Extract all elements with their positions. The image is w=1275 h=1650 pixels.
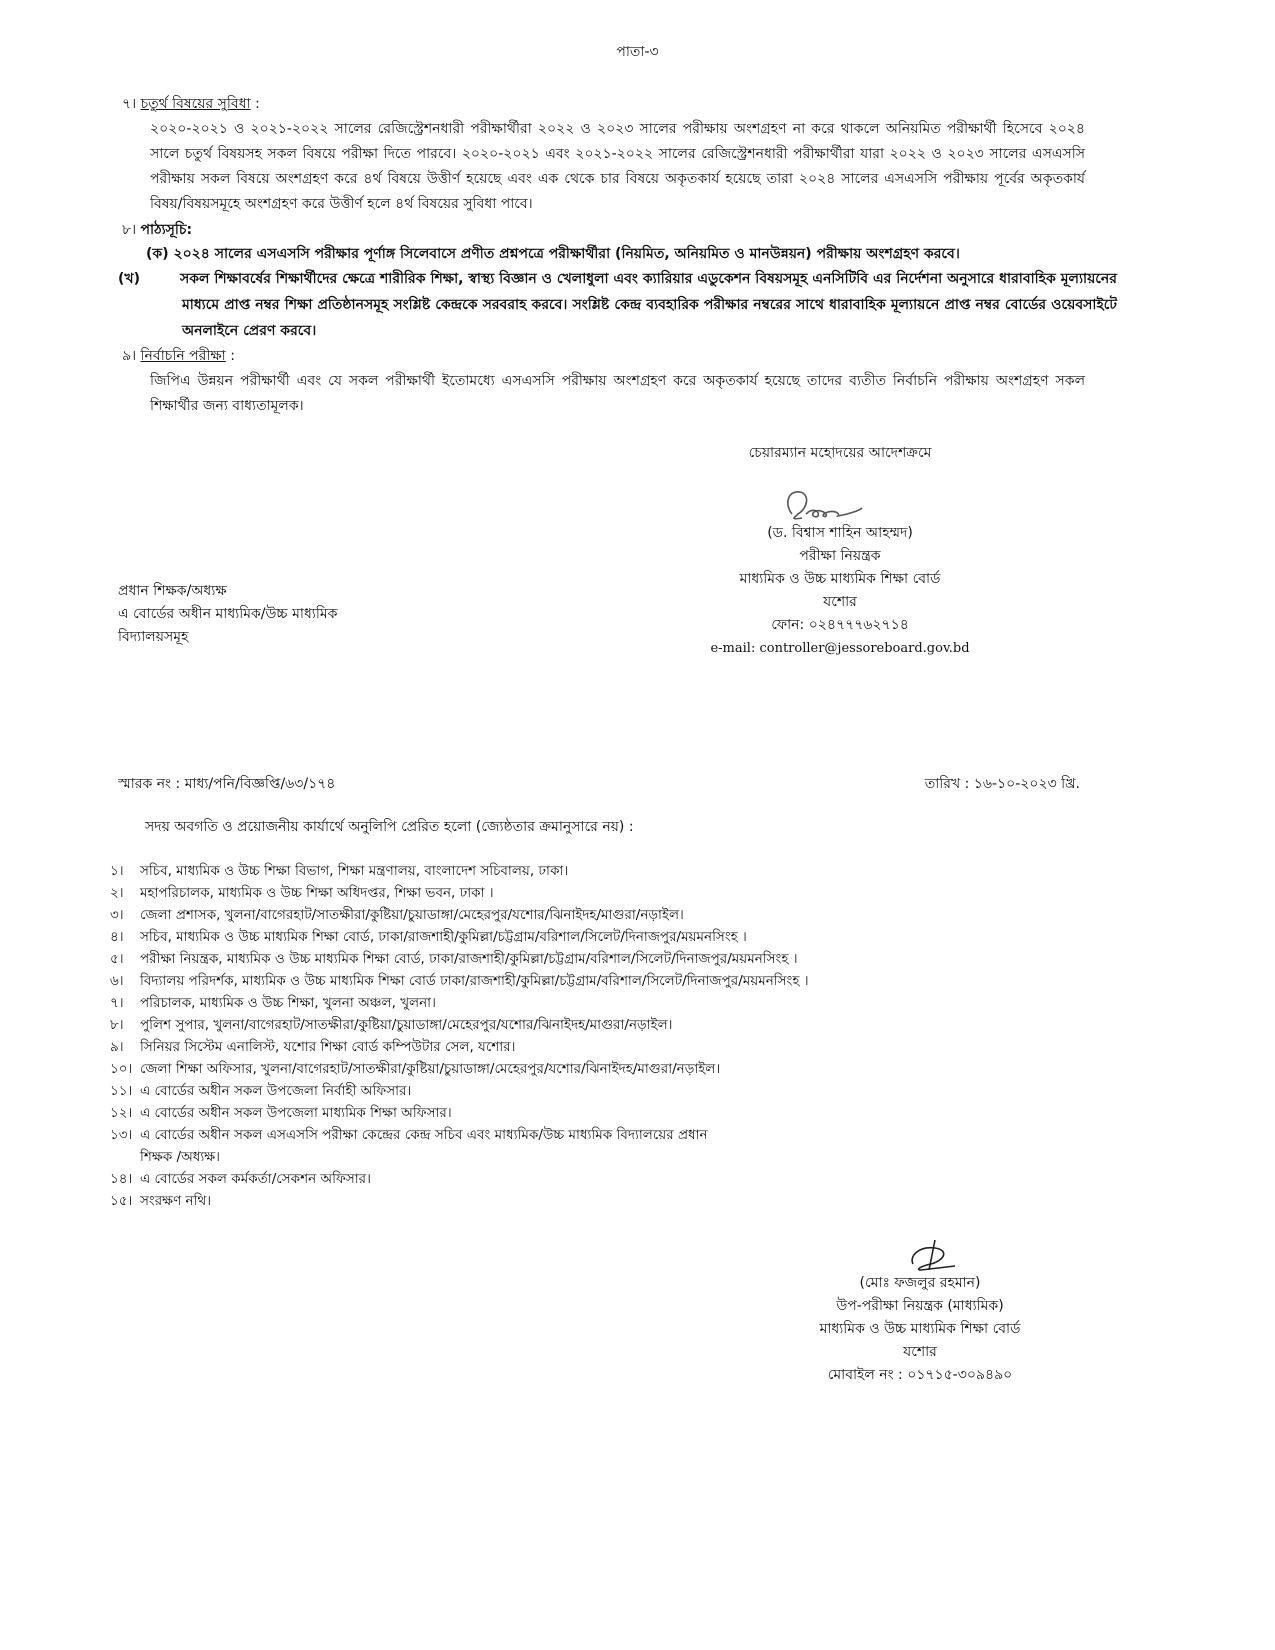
signatory-mobile: মোবাইল নং : ০১৭১৫-৩০৯৪৯০ bbox=[780, 1364, 1060, 1387]
signatory-name: (ড. বিশ্বাস শাহিন আহম্মদ) bbox=[680, 522, 1000, 545]
list-item: ১৫।সংরক্ষণ নথি। bbox=[110, 1190, 1010, 1212]
signatory-name: (মোঃ ফজলুর রহমান) bbox=[780, 1272, 1060, 1295]
signatory-city: যশোর bbox=[680, 591, 1000, 614]
cc-list: ১।সচিব, মাধ্যমিক ও উচ্চ শিক্ষা বিভাগ, শি… bbox=[110, 860, 1010, 1212]
list-item: ৬।বিদ্যালয় পরিদর্শক, মাধ্যমিক ও উচ্চ মা… bbox=[110, 970, 1010, 992]
syllabus-item-ka: (ক) ২০২৪ সালের এসএসসি পরীক্ষার পূর্ণাঙ্গ… bbox=[146, 241, 1096, 267]
page-number: পাতা-৩ bbox=[0, 40, 1275, 64]
section-title: চতুর্থ বিষয়ের সুবিধা bbox=[141, 96, 251, 112]
signature-image bbox=[905, 1236, 965, 1276]
section-9-body: জিপিএ উন্নয়ন পরীক্ষার্থী এবং যে সকল পরী… bbox=[150, 369, 1085, 419]
signature-image bbox=[780, 484, 870, 524]
section-8-heading: ৮। পাঠ্যসূচি: bbox=[122, 218, 192, 242]
memo-date: তারিখ : ১৬-১০-২০২৩ খ্রি. bbox=[925, 772, 1080, 796]
signatory-email[interactable]: e-mail: controller@jessoreboard.gov.bd bbox=[680, 637, 1000, 660]
section-title: পাঠ্যসূচি: bbox=[141, 222, 193, 238]
list-item: ১।সচিব, মাধ্যমিক ও উচ্চ শিক্ষা বিভাগ, শি… bbox=[110, 860, 1010, 882]
syllabus-item-kha: (খ)সকল শিক্ষাবর্ষের শিক্ষার্থীদের ক্ষেত্… bbox=[150, 266, 1117, 344]
list-item: ৮।পুলিশ সুপার, খুলনা/বাগেরহাট/সাতক্ষীরা/… bbox=[110, 1014, 1010, 1036]
list-item: ২।মহাপরিচালক, মাধ্যমিক ও উচ্চ শিক্ষা অধি… bbox=[110, 882, 1010, 904]
list-item: ৯।সিনিয়র সিস্টেম এনালিস্ট, যশোর শিক্ষা … bbox=[110, 1036, 1010, 1058]
list-item: ৩।জেলা প্রশাসক, খুলনা/বাগেরহাট/সাতক্ষীরা… bbox=[110, 904, 1010, 926]
signatory-designation: উপ-পরীক্ষা নিয়ন্ত্রক (মাধ্যমিক) bbox=[780, 1295, 1060, 1318]
section-number: ৭। bbox=[122, 96, 136, 112]
signatory-2-block: (মোঃ ফজলুর রহমান) উপ-পরীক্ষা নিয়ন্ত্রক … bbox=[780, 1272, 1060, 1387]
order-line: চেয়ারম্যান মহোদয়ের আদেশক্রমে bbox=[680, 442, 1000, 465]
section-7-body: ২০২০-২০২১ ও ২০২১-২০২২ সালের রেজিস্ট্রেশন… bbox=[150, 117, 1085, 217]
cc-intro: সদয় অবগতি ও প্রয়োজনীয় কার্যার্থে অনুল… bbox=[145, 815, 634, 839]
list-item: ৫।পরীক্ষা নিয়ন্ত্রক, মাধ্যমিক ও উচ্চ মা… bbox=[110, 948, 1010, 970]
section-7-heading: ৭। চতুর্থ বিষয়ের সুবিধা : bbox=[122, 92, 260, 116]
signatory-phone: ফোন: ০২৪৭৭৭৬২৭১৪ bbox=[680, 614, 1000, 637]
section-title: নির্বাচনি পরীক্ষা bbox=[141, 348, 226, 364]
signatory-1-block: (ড. বিশ্বাস শাহিন আহম্মদ) পরীক্ষা নিয়ন্… bbox=[680, 522, 1000, 660]
memo-number: স্মারক নং : মাধ্য/পনি/বিজ্ঞপ্তি/৬৩/১৭৪ bbox=[118, 772, 335, 796]
addressee-block: প্রধান শিক্ষক/অধ্যক্ষ এ বোর্ডের অধীন মাধ… bbox=[118, 580, 337, 649]
list-item: ১০।জেলা শিক্ষা অফিসার, খুলনা/বাগেরহাট/সা… bbox=[110, 1058, 1010, 1080]
list-item: ৪।সচিব, মাধ্যমিক ও উচ্চ মাধ্যমিক শিক্ষা … bbox=[110, 926, 1010, 948]
list-item: ৭।পরিচালক, মাধ্যমিক ও উচ্চ শিক্ষা, খুলনা… bbox=[110, 992, 1010, 1014]
signatory-board: মাধ্যমিক ও উচ্চ মাধ্যমিক শিক্ষা বোর্ড bbox=[680, 568, 1000, 591]
list-item: ১১।এ বোর্ডের অধীন সকল উপজেলা নির্বাহী অফ… bbox=[110, 1080, 1010, 1102]
signatory-designation: পরীক্ষা নিয়ন্ত্রক bbox=[680, 545, 1000, 568]
signatory-board: মাধ্যমিক ও উচ্চ মাধ্যমিক শিক্ষা বোর্ড bbox=[780, 1318, 1060, 1341]
list-item: ১২।এ বোর্ডের অধীন সকল উপজেলা মাধ্যমিক শি… bbox=[110, 1102, 1010, 1124]
list-item: ১৪।এ বোর্ডের সকল কর্মকর্তা/সেকশন অফিসার। bbox=[110, 1168, 1010, 1190]
section-9-heading: ৯। নির্বাচনি পরীক্ষা : bbox=[122, 344, 235, 368]
signatory-city: যশোর bbox=[780, 1341, 1060, 1364]
list-item: ১৩।এ বোর্ডের অধীন সকল এসএসসি পরীক্ষা কেন… bbox=[110, 1124, 730, 1168]
